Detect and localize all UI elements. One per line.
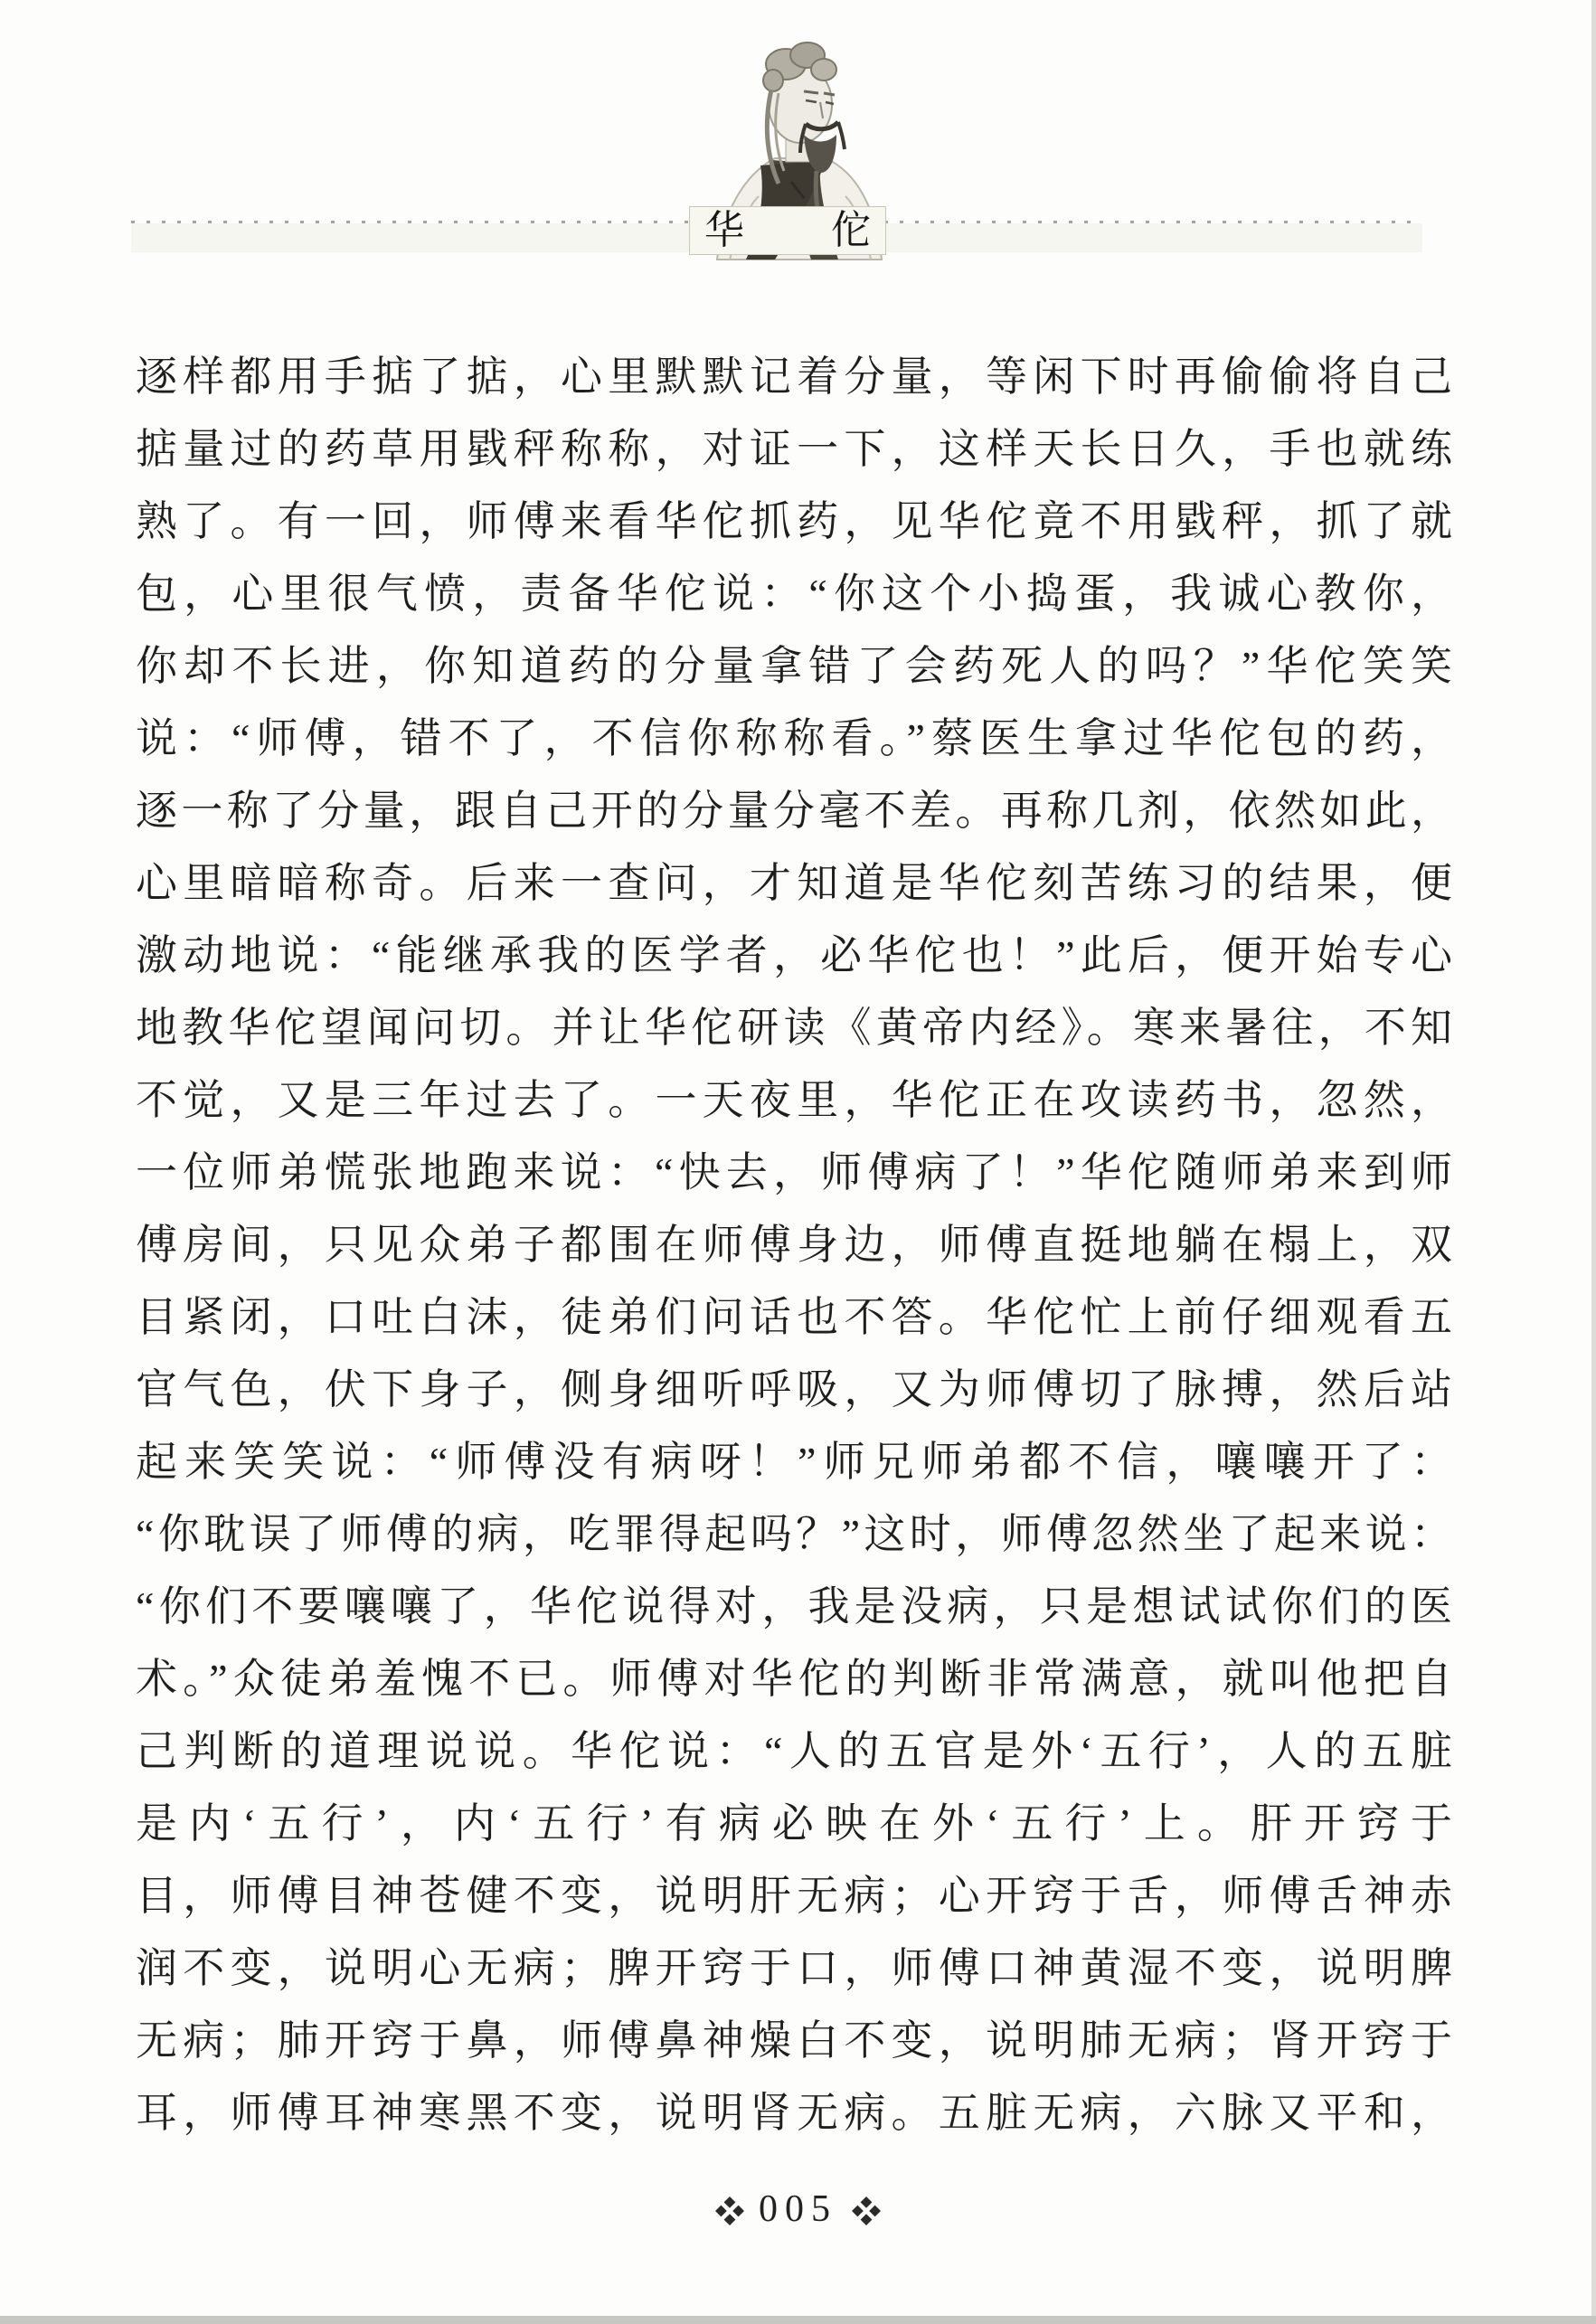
- text-line: 己判断的道理说说。华佗说：“人的五官是外‘五行’，人的五脏: [136, 1715, 1452, 1788]
- text-line: 地教华佗望闻问切。并让华佗研读《黄帝内经》。寒来暑往，不知: [136, 992, 1452, 1064]
- chapter-title-char-left: 华: [704, 211, 744, 250]
- text-line: 熟了。有一回，师傅来看华佗抓药，见华佗竟不用戥秤，抓了就: [136, 486, 1452, 558]
- book-page: 华 佗 逐样都用手掂了掂，心里默默记着分量，等闲下时再偷偷将自己 掂量过的药草用…: [0, 0, 1596, 2324]
- text-line: 包，心里很气愤，责备华佗说：“你这个小捣蛋，我诚心教你，: [136, 558, 1452, 630]
- text-line: “你们不要嚷嚷了，华佗说得对，我是没病，只是想试试你们的医: [136, 1571, 1452, 1643]
- text-line: 说：“师傅，错不了，不信你称称看。”蔡医生拿过华佗包的药，: [136, 703, 1452, 775]
- chapter-title-char-right: 佗: [831, 211, 871, 250]
- text-line: 耳，师傅耳神寒黑不变，说明肾无病。五脏无病，六脉又平和，: [136, 2077, 1452, 2149]
- text-line: 不觉，又是三年过去了。一天夜里，华佗正在攻读药书，忽然，: [136, 1064, 1452, 1137]
- text-line: 你却不长进，你知道药的分量拿错了会药死人的吗？”华佗笑笑: [136, 630, 1452, 703]
- text-line: 掂量过的药草用戥秤称称，对证一下，这样天长日久，手也就练: [136, 413, 1452, 486]
- text-line: 逐样都用手掂了掂，心里默默记着分量，等闲下时再偷偷将自己: [136, 341, 1452, 413]
- text-line: 术。”众徒弟羞愧不已。师傅对华佗的判断非常满意，就叫他把自: [136, 1643, 1452, 1715]
- text-line: 逐一称了分量，跟自己开的分量分毫不差。再称几剂，依然如此，: [136, 775, 1452, 847]
- text-line: 是内‘五行’，内‘五行’有病必映在外‘五行’上。肝开窍于: [136, 1788, 1452, 1860]
- page-number: 005: [759, 2190, 837, 2228]
- text-line: 目紧闭，口吐白沫，徒弟们问话也不答。华佗忙上前仔细观看五: [136, 1281, 1452, 1354]
- text-line: 起来笑笑说：“师傅没有病呀！”师兄师弟都不信，嚷嚷开了：: [136, 1426, 1452, 1498]
- scan-edge-bottom: [0, 2316, 1596, 2324]
- text-line: “你耽误了师傅的病，吃罪得起吗？”这时，师傅忽然坐了起来说：: [136, 1498, 1452, 1571]
- scan-edge-right: [1591, 0, 1596, 2324]
- text-line: 一位师弟慌张地跑来说：“快去，师傅病了！”华佗随师弟来到师: [136, 1137, 1452, 1209]
- text-line: 润不变，说明心无病；脾开窍于口，师傅口神黄湿不变，说明脾: [136, 1932, 1452, 2005]
- text-line: 傅房间，只见众弟子都围在师傅身边，师傅直挺地躺在榻上，双: [136, 1209, 1452, 1281]
- diamond-ornament-icon: [715, 2196, 744, 2225]
- page-footer: 005: [0, 2192, 1596, 2230]
- diamond-ornament-icon: [852, 2196, 881, 2225]
- text-line: 官气色，伏下身子，侧身细听呼吸，又为师傅切了脉搏，然后站: [136, 1354, 1452, 1426]
- body-text: 逐样都用手掂了掂，心里默默记着分量，等闲下时再偷偷将自己 掂量过的药草用戥秤称称…: [136, 341, 1452, 2149]
- text-line: 目，师傅目神苍健不变，说明肝无病；心开窍于舌，师傅舌神赤: [136, 1860, 1452, 1932]
- text-line: 心里暗暗称奇。后来一查问，才知道是华佗刻苦练习的结果，便: [136, 847, 1452, 920]
- chapter-title-box: 华 佗: [689, 206, 886, 255]
- text-line: 激动地说：“能继承我的医学者，必华佗也！”此后，便开始专心: [136, 920, 1452, 992]
- text-line: 无病；肺开窍于鼻，师傅鼻神燥白不变，说明肺无病；肾开窍于: [136, 2005, 1452, 2077]
